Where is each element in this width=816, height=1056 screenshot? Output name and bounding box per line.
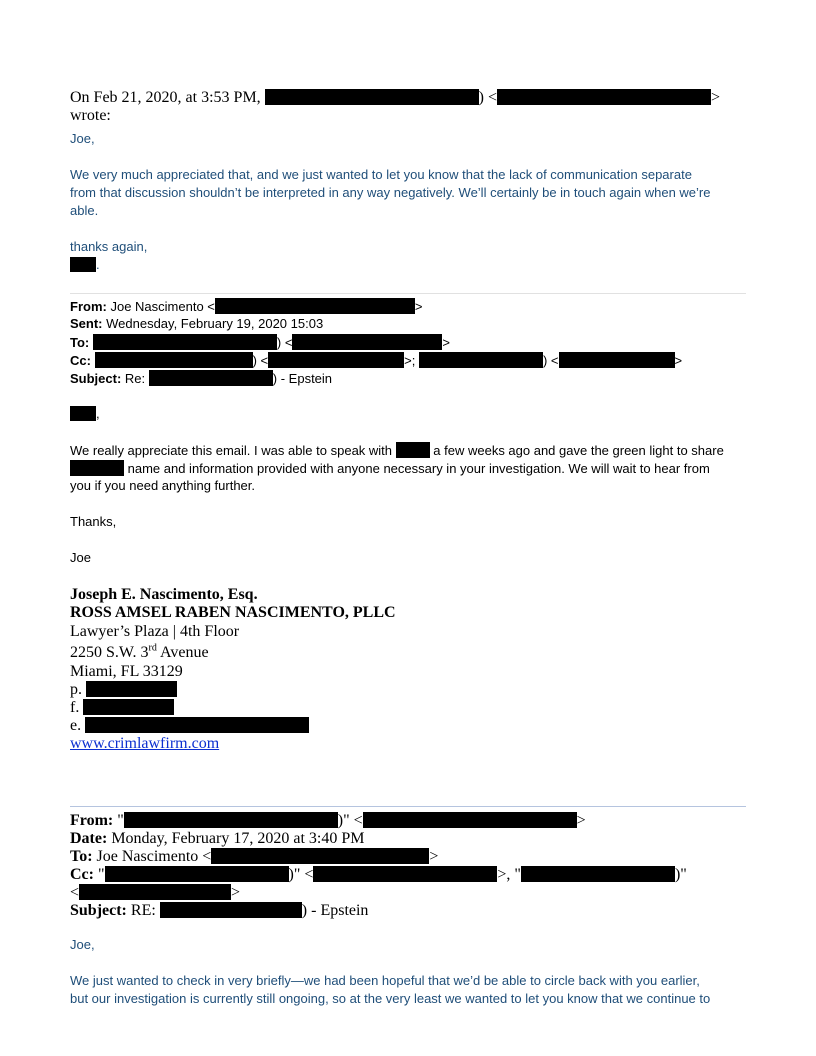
email1-body-line-3: able. xyxy=(70,203,98,218)
signature-firm: ROSS AMSEL RABEN NASCIMENTO, PLLC xyxy=(70,604,396,622)
redacted-recipient-email xyxy=(292,334,442,350)
email2-sent: Sent: Wednesday, February 19, 2020 15:03 xyxy=(70,316,323,331)
signature-phone: p. xyxy=(70,681,177,699)
email3-to: To: Joe Nascimento <> xyxy=(70,848,438,866)
redacted-recipient-name xyxy=(93,334,277,350)
email2-from: From: Joe Nascimento <> xyxy=(70,298,422,314)
email2-body-line-3: you if you need anything further. xyxy=(70,478,255,493)
redacted-sender-email xyxy=(497,89,711,105)
email2-body-line-1: We really appreciate this email. I was a… xyxy=(70,442,724,458)
email2-cc: Cc: ) <>; ) <> xyxy=(70,352,682,368)
redacted-cc-email-2 xyxy=(559,352,675,368)
redacted-email xyxy=(85,717,309,733)
email1-signature: . xyxy=(70,257,100,272)
redacted-greeting-name xyxy=(70,406,96,421)
redacted-cc-name-1 xyxy=(95,352,253,368)
signature-name: Joseph E. Nascimento, Esq. xyxy=(70,586,258,604)
email2-closing: Thanks, xyxy=(70,514,116,529)
email3-from: From: ")" <> xyxy=(70,812,586,830)
email2-greeting: , xyxy=(70,406,100,421)
reply-wrote: wrote: xyxy=(70,107,111,125)
redacted-cc-email-2 xyxy=(79,884,231,900)
redacted-cc-email-1 xyxy=(313,866,497,882)
email2-body-line-2: name and information provided with anyon… xyxy=(70,460,710,476)
email3-subject: Subject: RE: ) - Epstein xyxy=(70,902,368,920)
reply-header-prefix: On Feb 21, 2020, at 3:53 PM, xyxy=(70,89,261,106)
email2-subject: Subject: Re: ) - Epstein xyxy=(70,370,332,386)
redacted-name xyxy=(70,460,124,476)
divider xyxy=(70,293,746,294)
website-link[interactable]: www.crimlawfirm.com xyxy=(70,735,219,752)
divider xyxy=(70,806,746,807)
redacted-cc-name-2 xyxy=(521,866,675,882)
redacted-cc-name-1 xyxy=(105,866,289,882)
signature-fax: f. xyxy=(70,699,174,717)
email1-closing: thanks again, xyxy=(70,239,147,254)
redacted-phone xyxy=(86,681,177,697)
redacted-sender-name xyxy=(124,812,338,828)
signature-address-2: 2250 S.W. 3rd Avenue xyxy=(70,644,209,662)
email1-body-line-1: We very much appreciated that, and we ju… xyxy=(70,167,692,182)
redacted-sender-name xyxy=(265,89,479,105)
signature-address-3: Miami, FL 33129 xyxy=(70,663,183,681)
redacted-cc-name-2 xyxy=(419,352,543,368)
redacted-subject xyxy=(160,902,302,918)
redacted-signature xyxy=(70,257,96,272)
email3-date: Date: Monday, February 17, 2020 at 3:40 … xyxy=(70,830,364,848)
redacted-cc-email-1 xyxy=(268,352,404,368)
signature-address-1: Lawyer’s Plaza | 4th Floor xyxy=(70,623,239,641)
redacted-recipient-email xyxy=(211,848,429,864)
email3-body-line-1: We just wanted to check in very briefly—… xyxy=(70,973,700,988)
email1-greeting: Joe, xyxy=(70,131,95,146)
redacted-fax xyxy=(83,699,174,715)
email3-greeting: Joe, xyxy=(70,937,95,952)
redacted-subject xyxy=(149,370,273,386)
email2-name: Joe xyxy=(70,550,91,565)
email2-to: To: ) <> xyxy=(70,334,450,350)
email1-body-line-2: from that discussion shouldn’t be interp… xyxy=(70,185,710,200)
email3-cc-line-2: <> xyxy=(70,884,240,902)
reply-header: On Feb 21, 2020, at 3:53 PM, ) <> xyxy=(70,89,720,107)
signature-website: www.crimlawfirm.com xyxy=(70,735,219,753)
redacted-sender-email xyxy=(363,812,577,828)
email3-body-line-2: but our investigation is currently still… xyxy=(70,991,710,1006)
redacted-email xyxy=(215,298,415,314)
signature-email: e. xyxy=(70,717,309,735)
email3-cc: Cc: ")" <>, ")" xyxy=(70,866,687,884)
redacted-name xyxy=(396,442,430,458)
